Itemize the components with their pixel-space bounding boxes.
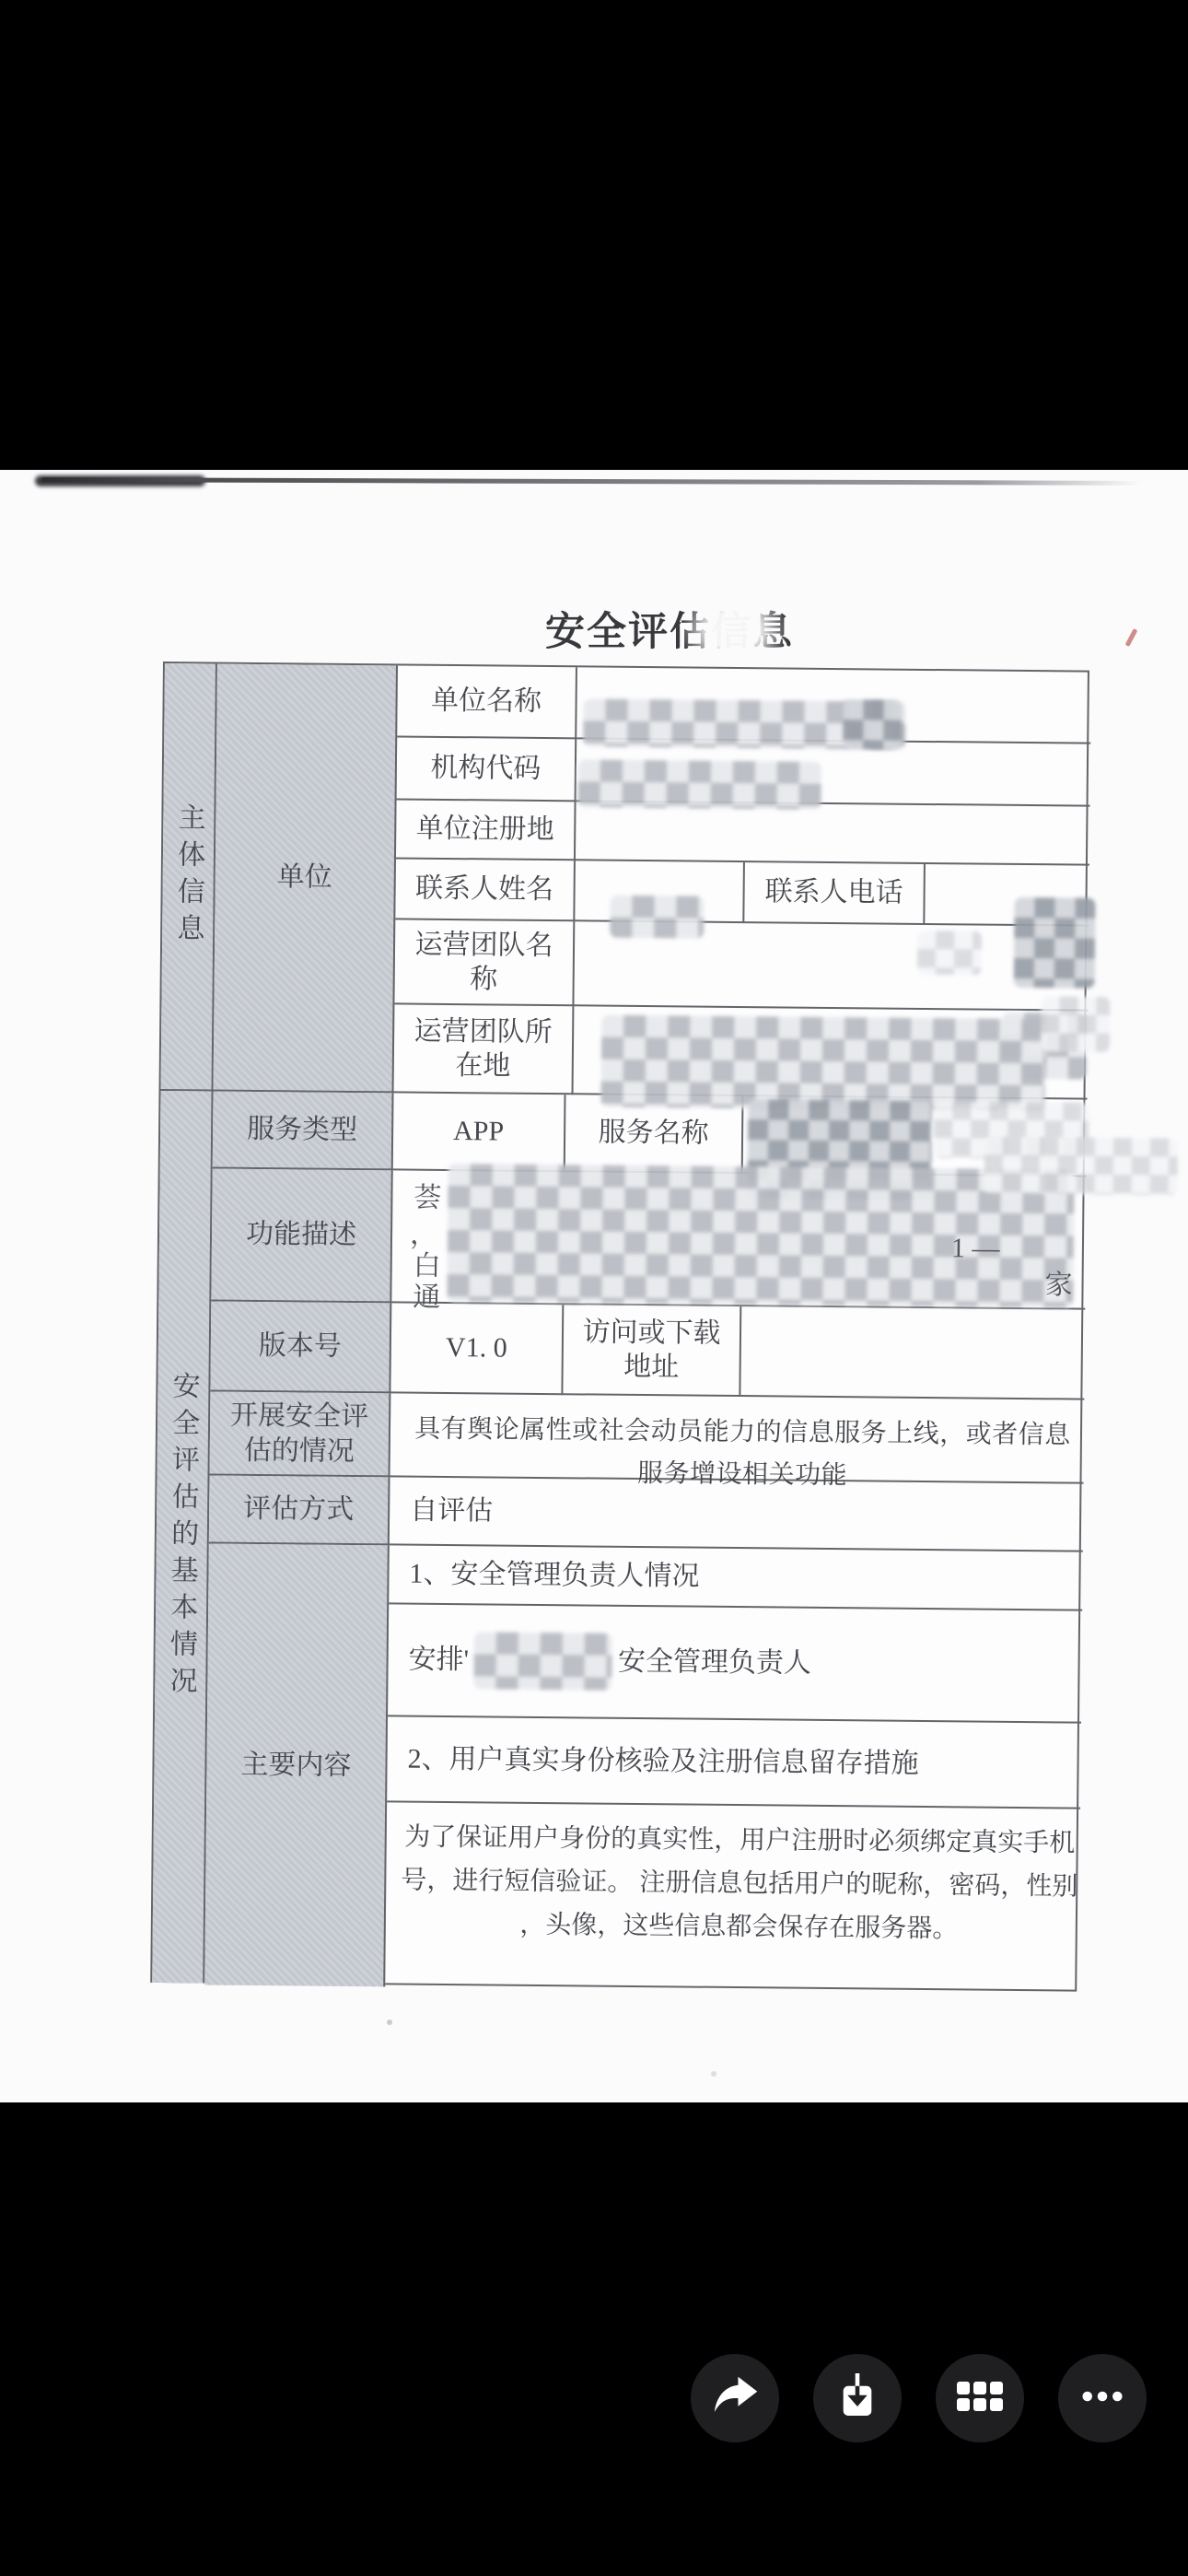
row-label-function-desc: 功能描述 bbox=[211, 1169, 392, 1304]
main-content-item2: 2、用户真实身份核验及注册信息留存措施 bbox=[387, 1716, 1081, 1809]
function-fragment: 1 — bbox=[951, 1233, 1000, 1265]
value-org-code bbox=[577, 739, 1091, 806]
red-pen-mark bbox=[1125, 628, 1138, 647]
main-content-item1: 1、安全管理负责人情况 bbox=[389, 1545, 1083, 1610]
row-label-service-type: 服务类型 bbox=[213, 1092, 394, 1171]
value-download-addr bbox=[740, 1306, 1085, 1400]
assessment-table: 主体信息 安全评估的基本情况 单位 服务类型 功能描述 版本号 开展安全评估的情… bbox=[150, 662, 1089, 1992]
section-label-subject-info: 主体信息 bbox=[161, 663, 217, 1092]
photo-toolbar bbox=[0, 2354, 1188, 2442]
row-label-main-content: 主要内容 bbox=[204, 1544, 390, 1987]
scan-speck bbox=[387, 2020, 392, 2025]
more-button[interactable] bbox=[1058, 2354, 1147, 2442]
function-fragment: 家 bbox=[1044, 1261, 1072, 1302]
main-content-item2-detail: 为了保证用户身份的真实性，用户注册时必须绑定真实手机号，进行短信验证。 注册信息… bbox=[385, 1802, 1080, 1993]
row-label-method: 评估方式 bbox=[209, 1476, 390, 1546]
row-label-contact-phone: 联系人电话 bbox=[744, 862, 926, 925]
section-label-assessment-basics: 安全评估的基本情况 bbox=[152, 1091, 213, 1984]
value-service-name bbox=[743, 1096, 1088, 1177]
row-label-ops-team-loc: 运营团队所在地 bbox=[394, 1004, 575, 1095]
row-label-download-addr: 访问或下载地址 bbox=[563, 1305, 741, 1397]
scan-shadow-line bbox=[41, 477, 1142, 486]
function-fragment: 通 bbox=[413, 1274, 440, 1315]
more-ellipsis-icon bbox=[1081, 2390, 1124, 2407]
function-fragment: 荟 bbox=[413, 1175, 441, 1215]
scan-speck bbox=[711, 2071, 716, 2077]
share-button[interactable] bbox=[691, 2354, 779, 2442]
row-label-service-name: 服务名称 bbox=[565, 1095, 744, 1174]
value-unit-reg-addr bbox=[576, 802, 1090, 865]
value-unit-name bbox=[577, 667, 1091, 744]
group-label-unit: 单位 bbox=[214, 664, 398, 1094]
value-version: V1. 0 bbox=[390, 1303, 564, 1395]
row-label-contact-name: 联系人姓名 bbox=[395, 859, 576, 921]
row-label-unit-reg-addr: 单位注册地 bbox=[396, 800, 577, 861]
scanned-document-photo[interactable]: 安全评估信息 主体信息 安全评估的基本情况 单位 服务类型 功能描述 版本号 开… bbox=[0, 470, 1188, 2102]
grid-button[interactable] bbox=[936, 2354, 1024, 2442]
row-label-unit-name: 单位名称 bbox=[397, 665, 577, 739]
download-button[interactable] bbox=[813, 2354, 902, 2442]
row-label-org-code: 机构代码 bbox=[397, 737, 577, 802]
value-method: 自评估 bbox=[390, 1477, 1084, 1551]
value-service-type: APP bbox=[393, 1093, 566, 1172]
title-fade-artifact bbox=[680, 588, 788, 673]
value-contact-phone bbox=[925, 864, 1089, 927]
value-ops-team-loc bbox=[574, 1006, 1089, 1099]
row-label-ops-team-name: 运营团队名称 bbox=[394, 919, 575, 1006]
item1-detail-suffix: 安全管理负责人 bbox=[618, 1645, 811, 1681]
share-icon bbox=[711, 2374, 759, 2422]
main-content-item1-detail: 安排' 安全管理负责人 bbox=[388, 1604, 1082, 1723]
redaction-mosaic bbox=[474, 1632, 613, 1690]
row-label-version: 版本号 bbox=[210, 1302, 391, 1394]
row-label-carry-out: 开展安全评估的情况 bbox=[210, 1392, 391, 1478]
value-ops-team-name bbox=[574, 921, 1089, 1011]
value-carry-out: 具有舆论属性或社会动员能力的信息服务上线，或者信息服务增设相关功能 bbox=[390, 1393, 1085, 1483]
item1-detail-prefix: 安排' bbox=[408, 1643, 469, 1678]
photo-viewer-screen: 安全评估信息 主体信息 安全评估的基本情况 单位 服务类型 功能描述 版本号 开… bbox=[0, 0, 1188, 2576]
download-icon bbox=[836, 2373, 879, 2423]
value-contact-name bbox=[575, 861, 745, 923]
grid-icon bbox=[957, 2381, 1003, 2417]
